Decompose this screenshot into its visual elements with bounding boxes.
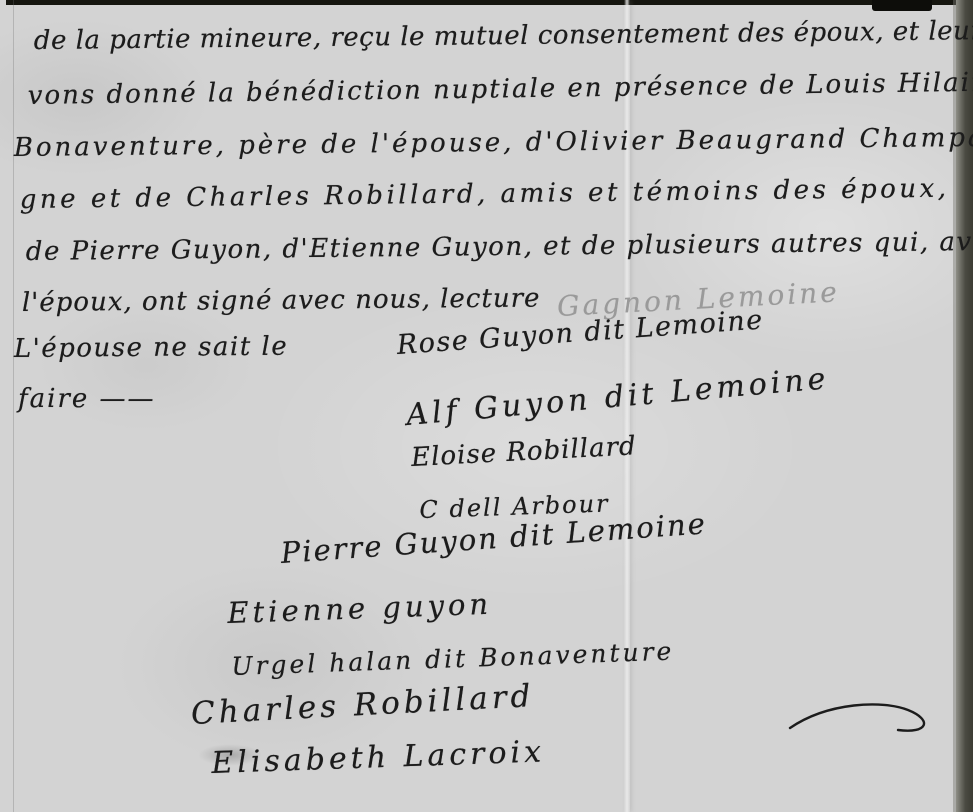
signature-elisabeth-lacroix: Elisabeth Lacroix [211,734,546,781]
signature-alf-guyon-dit-lemoine: Alf Guyon dit Lemoine [405,361,831,433]
scan-top-edge [6,0,973,5]
scanned-parish-register-page: de la partie mineure, reçu le mutuel con… [0,0,973,812]
manuscript-line-5: de Pierre Guyon, d'Etienne Guyon, et de … [26,227,973,267]
page-gutter-inner-line [953,0,956,812]
left-margin-rule [13,0,14,812]
signature-etienne-guyon: Etienne guyon [227,587,493,630]
manuscript-line-8: faire —— [18,384,156,414]
manuscript-line-3: Bonaventure, père de l'épouse, d'Olivier… [14,123,973,163]
signature-urgel-halan-dit-bonaventure: Urgel halan dit Bonaventure [231,637,675,681]
manuscript-line-1: de la partie mineure, reçu le mutuel con… [34,16,973,56]
manuscript-line-2: vons donné la bénédiction nuptiale en pr… [28,67,973,111]
manuscript-line-4: gne et de Charles Robillard, amis et tém… [20,174,950,215]
signature-flourish [788,700,938,740]
manuscript-line-7: L'épouse ne sait le [14,332,289,364]
page-gutter-shadow [956,0,973,812]
signature-eloise-robillard: Eloise Robillard [410,431,637,473]
signature-charles-robillard: Charles Robillard [190,678,535,732]
scan-top-edge-mark [872,0,932,11]
manuscript-line-6: l'époux, ont signé avec nous, lecture [22,283,541,318]
